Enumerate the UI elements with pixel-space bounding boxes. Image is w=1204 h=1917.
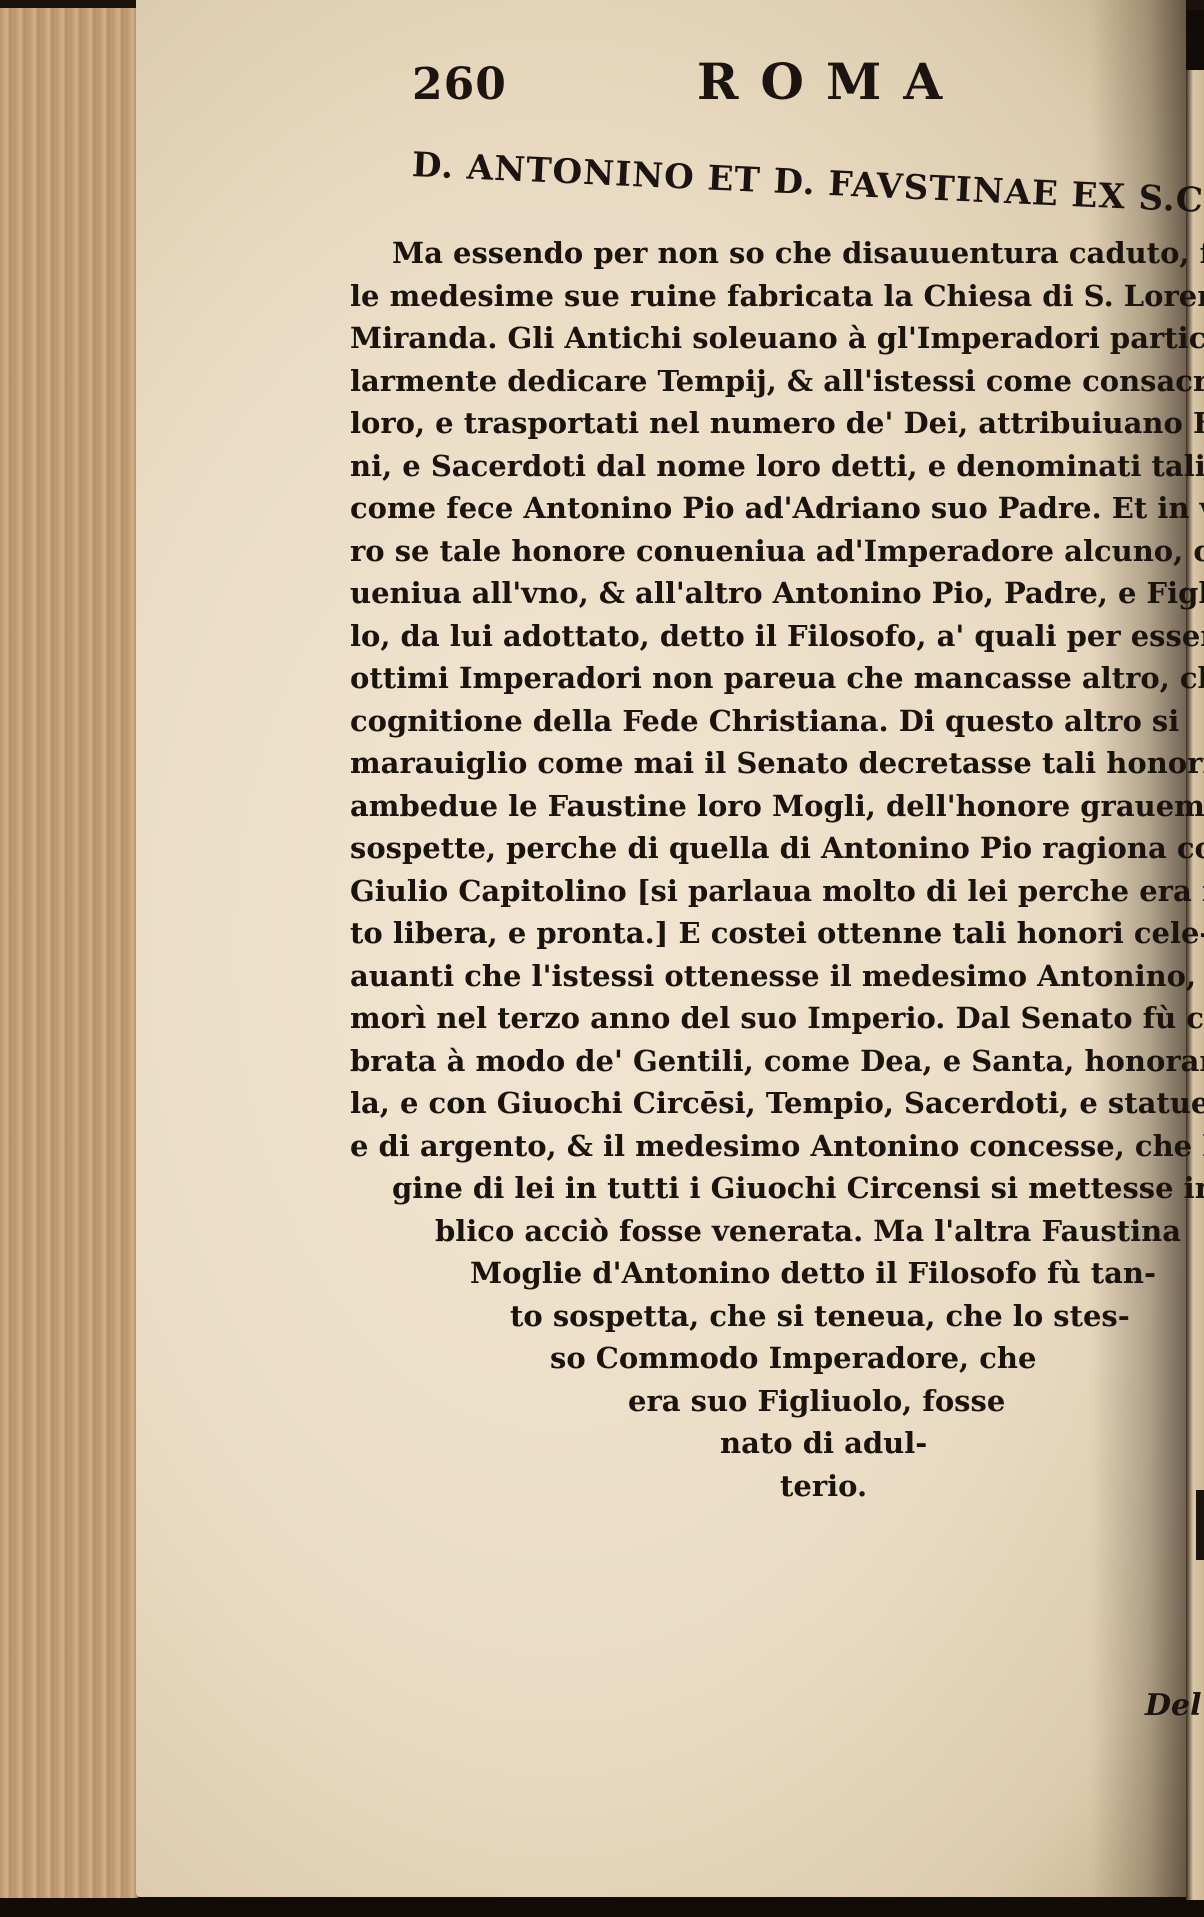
text-line: morì nel terzo anno del suo Imperio. Dal… xyxy=(350,997,1170,1040)
text-line: Giulio Capitolino [si parlaua molto di l… xyxy=(350,870,1170,913)
text-line: la, e con Giuochi Circēsi, Tempio, Sacer… xyxy=(350,1082,1170,1125)
text-line: ni, e Sacerdoti dal nome loro detti, e d… xyxy=(350,445,1170,488)
running-title: ROMA xyxy=(697,52,964,111)
text-line: ambedue le Faustine loro Mogli, dell'hon… xyxy=(350,785,1170,828)
text-line: come fece Antonino Pio ad'Adriano suo Pa… xyxy=(350,487,1170,530)
book-page-edges xyxy=(0,8,138,1898)
text-line: terio. xyxy=(350,1465,1170,1508)
text-line: lo, da lui adottato, detto il Filosofo, … xyxy=(350,615,1170,658)
text-line: Ma essendo per non so che disauuentura c… xyxy=(350,232,1170,275)
text-line: to sospetta, che si teneua, che lo stes- xyxy=(350,1295,1170,1338)
text-line: ottimi Imperadori non pareua che mancass… xyxy=(350,657,1170,700)
text-line: cognitione della Fede Christiana. Di que… xyxy=(350,700,1170,743)
text-line: era suo Figliuolo, fosse xyxy=(350,1380,1170,1423)
text-line: le medesime sue ruine fabricata la Chies… xyxy=(350,275,1170,318)
running-head: 260 ROMA xyxy=(412,52,1012,122)
text-line: blico acciò fosse venerata. Ma l'altra F… xyxy=(350,1210,1170,1253)
text-line: loro, e trasportati nel numero de' Dei, … xyxy=(350,402,1170,445)
text-line: sospette, perche di quella di Antonino P… xyxy=(350,827,1170,870)
text-line: marauiglio come mai il Senato decretasse… xyxy=(350,742,1170,785)
text-line: to libera, e pronta.] E costei ottenne t… xyxy=(350,912,1170,955)
text-line: larmente dedicare Tempij, & all'istessi … xyxy=(350,360,1170,403)
catchword: Del xyxy=(1145,1688,1202,1723)
text-line: nato di adul- xyxy=(350,1422,1170,1465)
text-line: so Commodo Imperadore, che xyxy=(350,1337,1170,1380)
text-line: gine di lei in tutti i Giuochi Circensi … xyxy=(350,1167,1170,1210)
text-line: e di argento, & il medesimo Antonino con… xyxy=(350,1125,1170,1168)
text-line: ro se tale honore conueniua ad'Imperador… xyxy=(350,530,1170,573)
text-line: auanti che l'istessi ottenesse il medesi… xyxy=(350,955,1170,998)
text-line: brata à modo de' Gentili, come Dea, e Sa… xyxy=(350,1040,1170,1083)
body-text: Ma essendo per non so che disauuentura c… xyxy=(350,232,1170,1507)
facing-page-letter-fragment xyxy=(1196,1490,1204,1560)
text-line: Moglie d'Antonino detto il Filosofo fù t… xyxy=(350,1252,1170,1295)
text-line: ueniua all'vno, & all'altro Antonino Pio… xyxy=(350,572,1170,615)
text-line: Miranda. Gli Antichi soleuano à gl'Imper… xyxy=(350,317,1170,360)
page-number: 260 xyxy=(412,59,507,110)
